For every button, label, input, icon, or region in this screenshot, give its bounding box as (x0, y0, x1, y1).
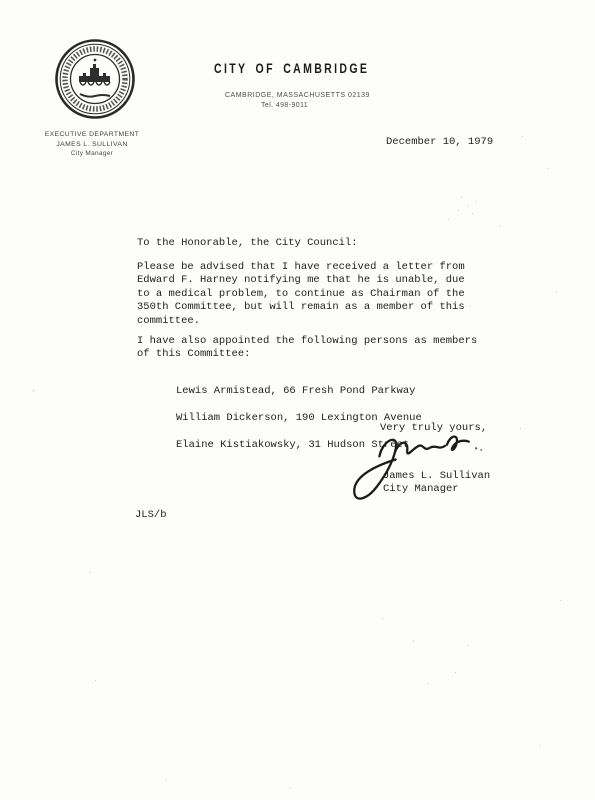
letter-date: December 10, 1979 (386, 136, 493, 149)
letterhead-title: CITY OF CAMBRIDGE (214, 61, 369, 76)
scanned-letter-page: CITY OF CAMBRIDGE CAMBRIDGE, MASSACHUSET… (0, 0, 595, 800)
manager-name: JAMES L. SULLIVAN (26, 140, 158, 150)
salutation: To the Honorable, the City Council: (137, 237, 358, 250)
scan-noise (0, 0, 1, 1)
manager-title: City Manager (26, 149, 158, 159)
signature-handwriting-icon (346, 420, 502, 512)
signer-title: City Manager (383, 483, 459, 496)
reference-initials: JLS/b (135, 509, 167, 522)
department-name: EXECUTIVE DEPARTMENT (26, 130, 158, 140)
appointee-line: Lewis Armistead, 66 Fresh Pond Parkway (176, 385, 422, 398)
letterhead-phone: Tel. 498-9011 (261, 102, 308, 109)
letterhead-address: CAMBRIDGE, MASSACHUSETTS 02139 (225, 92, 370, 99)
signer-name: James L. Sullivan (383, 470, 490, 483)
body-paragraph-2: I have also appointed the following pers… (137, 335, 477, 362)
body-paragraph-1: Please be advised that I have received a… (137, 261, 465, 328)
city-seal-icon (54, 37, 136, 121)
letterhead-department-block: EXECUTIVE DEPARTMENT JAMES L. SULLIVAN C… (26, 130, 158, 159)
